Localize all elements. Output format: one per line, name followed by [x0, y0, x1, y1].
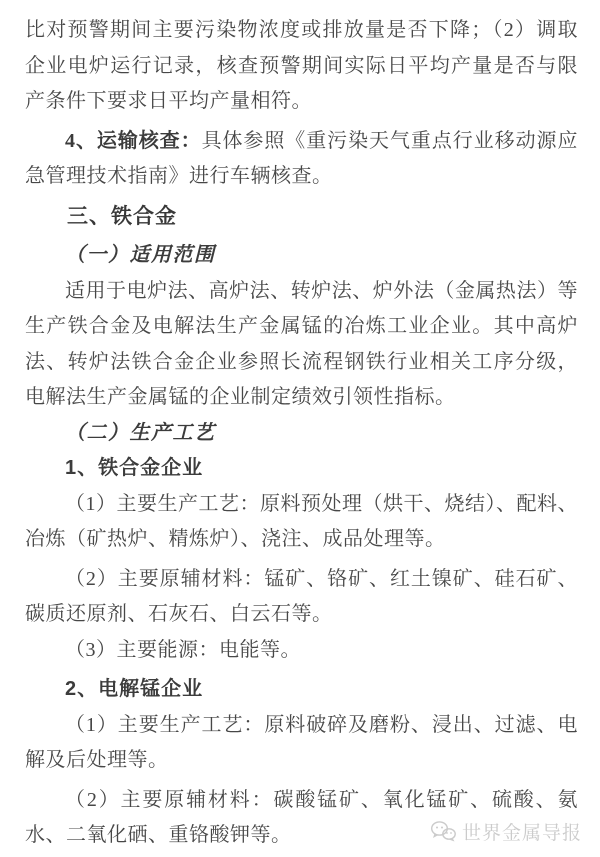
wechat-icon: [430, 820, 457, 843]
heading-electrolytic-manganese-enterprise: 2、电解锰企业: [25, 672, 578, 708]
paragraph-verification-continuation: 比对预警期间主要污染物浓度或排放量是否下降；（2）调取企业电炉运行记录，核查预警…: [25, 13, 578, 120]
paragraph-applicable-scope: 适用于电炉法、高炉法、转炉法、炉外法（金属热法）等生产铁合金及电解法生产金属锰的…: [25, 274, 578, 416]
paragraph-manganese-process: （1）主要生产工艺：原料破碎及磨粉、浸出、过滤、电解及后处理等。: [25, 708, 578, 779]
heading-applicable-scope: （一）适用范围: [25, 238, 578, 274]
paragraph-ferroalloy-energy: （3）主要能源：电能等。: [25, 633, 578, 669]
document-page: 比对预警期间主要污染物浓度或排放量是否下降；（2）调取企业电炉运行记录，核查预警…: [0, 0, 600, 857]
paragraph-ferroalloy-materials: （2）主要原辅材料：锰矿、铬矿、红土镍矿、硅石矿、碳质还原剂、石灰石、白云石等。: [25, 562, 578, 633]
heading-ferroalloy-enterprise: 1、铁合金企业: [25, 451, 578, 487]
paragraph-transport-check-lead: 4、运输核查：: [65, 130, 202, 152]
paragraph-ferroalloy-process: （1）主要生产工艺：原料预处理（烘干、烧结）、配料、冶炼（矿热炉、精炼炉）、浇注…: [25, 487, 578, 558]
paragraph-transport-check: 4、运输核查：具体参照《重污染天气重点行业移动源应急管理技术指南》进行车辆核查。: [25, 124, 578, 195]
watermark-label: 世界金属导报: [462, 818, 582, 845]
heading-section-ferroalloy: 三、铁合金: [25, 199, 578, 235]
watermark: 世界金属导报: [430, 818, 582, 845]
heading-production-process: （二）生产工艺: [25, 416, 578, 452]
